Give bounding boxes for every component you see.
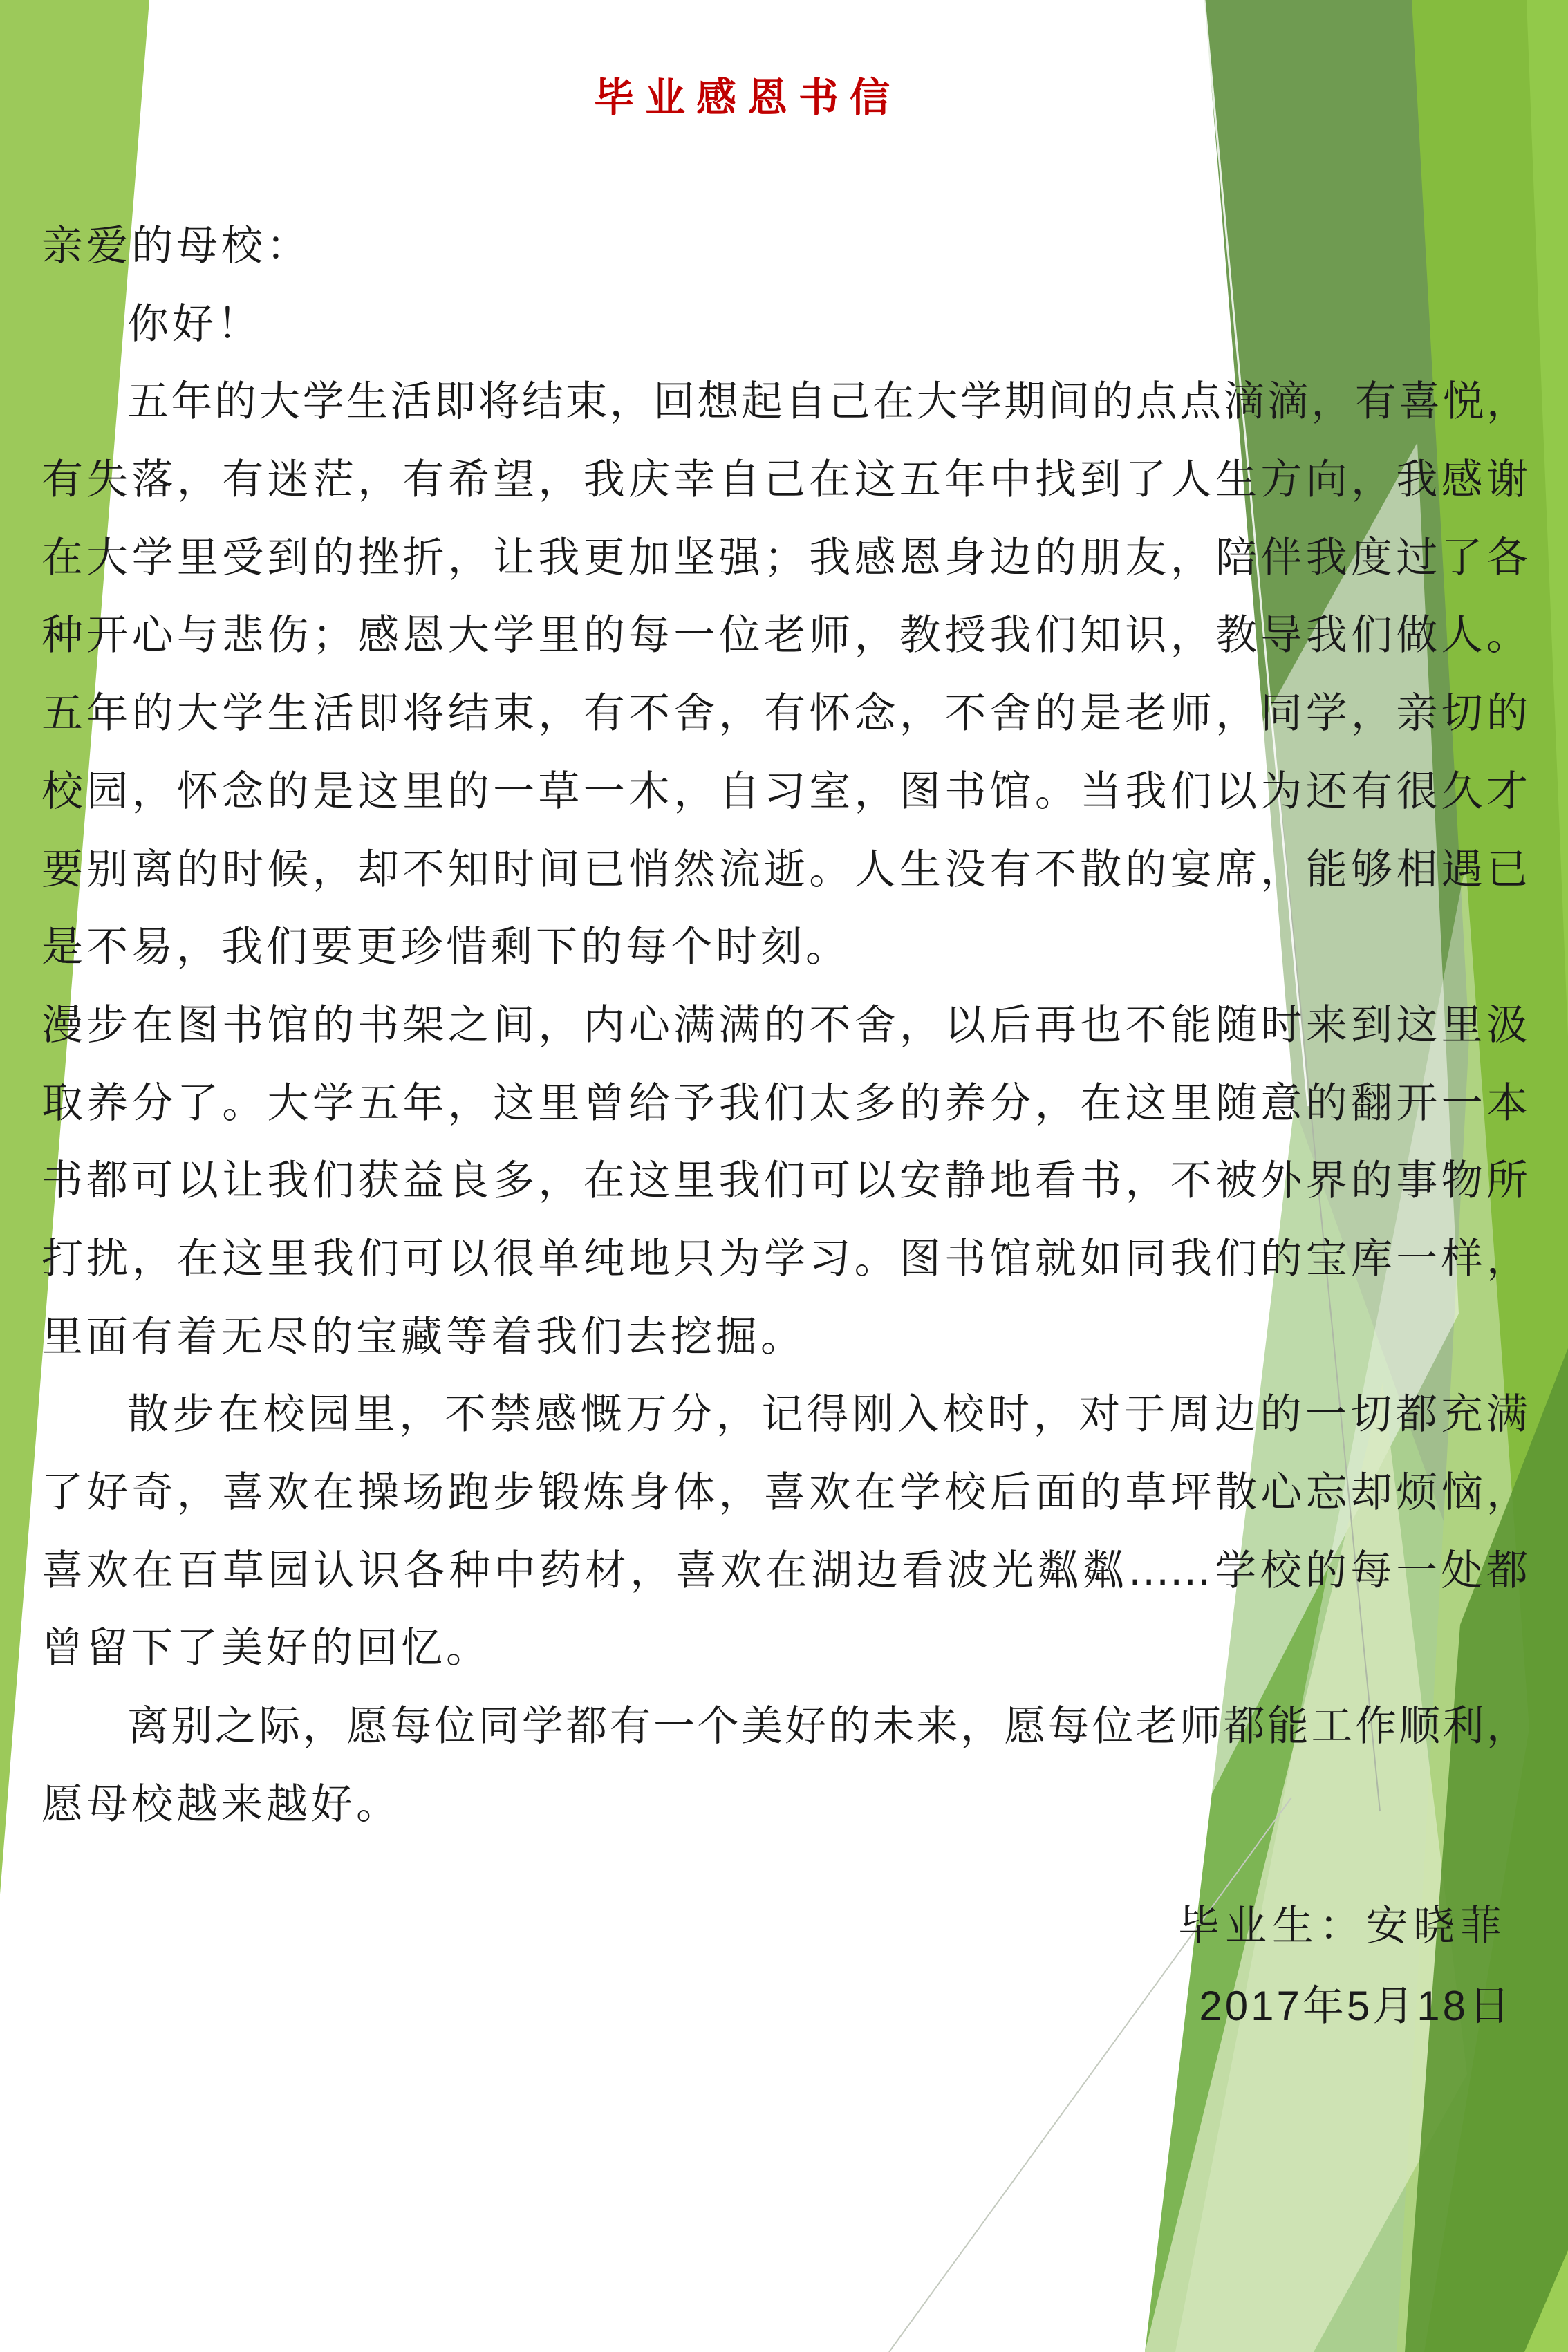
letter-body: 亲爱的母校： 你好！ 五年的大学生活即将结束，回想起自己在大学期间的点点滴滴，有…: [41, 207, 1528, 1843]
letter-line: 散步在校园里，不禁感慨万分，记得刚入校时，对于周边的一切都充满: [41, 1376, 1528, 1454]
letter-line: 要别离的时候，却不知时间已悄然流逝。人生没有不散的宴席，能够相遇已: [41, 831, 1528, 909]
signature: 毕业生：安晓菲: [1178, 1887, 1507, 1966]
letter-line: 漫步在图书馆的书架之间，内心满满的不舍，以后再也不能随时来到这里汲: [41, 987, 1528, 1065]
page-title: 毕业感恩书信: [0, 65, 1495, 123]
letter-line: 在大学里受到的挫折，让我更加坚强；我感恩身边的朋友，陪伴我度过了各: [41, 519, 1528, 597]
letter-line: 喜欢在百草园认识各种中药材，喜欢在湖边看波光粼粼……学校的每一处都: [41, 1532, 1528, 1610]
letter-line: 是不易，我们要更珍惜剩下的每个时刻。: [41, 908, 1528, 987]
letter-line: 校园，怀念的是这里的一草一木，自习室，图书馆。当我们以为还有很久才: [41, 753, 1528, 831]
letter-line: 了好奇，喜欢在操场跑步锻炼身体，喜欢在学校后面的草坪散心忘却烦恼，: [41, 1454, 1528, 1532]
letter-line: 打扰，在这里我们可以很单纯地只为学习。图书馆就如同我们的宝库一样，: [41, 1220, 1528, 1298]
letter-line: 五年的大学生活即将结束，回想起自己在大学期间的点点滴滴，有喜悦，: [41, 363, 1528, 441]
letter-line: 曾留下了美好的回忆。: [41, 1609, 1528, 1688]
letter-line: 愿母校越来越好。: [41, 1766, 1528, 1844]
letter-line: 取养分了。大学五年，这里曾给予我们太多的养分，在这里随意的翻开一本: [41, 1065, 1528, 1143]
letter-line: 有失落，有迷茫，有希望，我庆幸自己在这五年中找到了人生方向，我感谢: [41, 441, 1528, 519]
letter-line: 里面有着无尽的宝藏等着我们去挖掘。: [41, 1298, 1528, 1376]
greeting-line: 你好！: [41, 286, 1528, 364]
letter-line: 离别之际，愿每位同学都有一个美好的未来，愿每位老师都能工作顺利，: [41, 1688, 1528, 1766]
letter-page: 毕业感恩书信 亲爱的母校： 你好！ 五年的大学生活即将结束，回想起自己在大学期间…: [0, 0, 1568, 2352]
letter-line: 种开心与悲伤；感恩大学里的每一位老师，教授我们知识，教导我们做人。: [41, 597, 1528, 675]
salutation-line: 亲爱的母校：: [41, 207, 1528, 286]
date: 2017年5月18日: [1199, 1968, 1513, 2046]
letter-line: 五年的大学生活即将结束，有不舍，有怀念，不舍的是老师，同学，亲切的: [41, 675, 1528, 753]
letter-text-layer: 毕业感恩书信 亲爱的母校： 你好！ 五年的大学生活即将结束，回想起自己在大学期间…: [0, 0, 1568, 2352]
letter-line: 书都可以让我们获益良多，在这里我们可以安静地看书，不被外界的事物所: [41, 1142, 1528, 1220]
